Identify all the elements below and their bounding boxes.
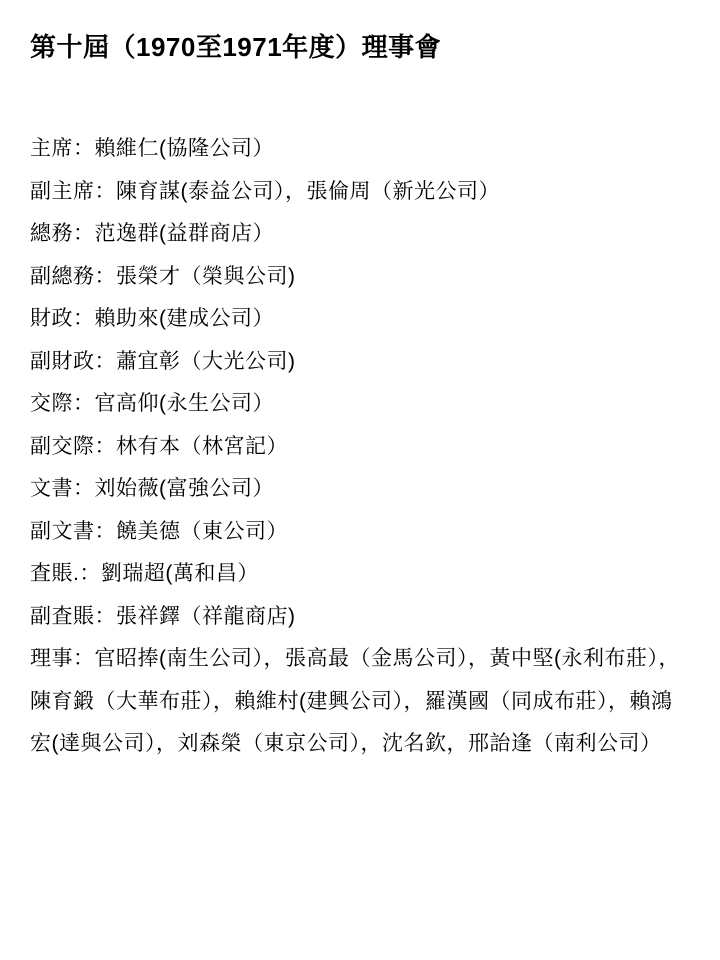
entry-deputy-general-affairs: 副總務：張榮才（榮與公司)	[30, 256, 690, 299]
page-title: 第十屆（1970至1971年度）理事會	[30, 28, 690, 66]
entry-finance: 財政：賴助來(建成公司）	[30, 298, 690, 341]
entry-vice-chairman: 副主席：陳育謀(泰益公司），張倫周（新光公司）	[30, 171, 690, 214]
entry-chairman: 主席：賴維仁(協隆公司）	[30, 128, 690, 171]
entry-secretary: 文書：刘始薇(富強公司）	[30, 468, 690, 511]
entry-deputy-liaison: 副交際：林有本（林宮記）	[30, 426, 690, 469]
entry-deputy-auditor: 副査賬：張祥鐸（祥龍商店)	[30, 596, 690, 639]
entry-auditor: 査賬.：劉瑞超(萬和昌）	[30, 553, 690, 596]
entry-directors: 理事：官昭捧(南生公司），張高最（金馬公司），黃中堅(永利布莊），陳育鍛（大華布…	[30, 638, 690, 766]
entry-deputy-secretary: 副文書：饒美德（東公司）	[30, 511, 690, 554]
entry-liaison: 交際：官高仰(永生公司）	[30, 383, 690, 426]
document-page: 第十屆（1970至1971年度）理事會 主席：賴維仁(協隆公司） 副主席：陳育謀…	[0, 0, 720, 960]
entry-general-affairs: 總務：范逸群(益群商店）	[30, 213, 690, 256]
entry-deputy-finance: 副財政：蕭宜彰（大光公司)	[30, 341, 690, 384]
committee-list: 主席：賴維仁(協隆公司） 副主席：陳育謀(泰益公司），張倫周（新光公司） 總務：…	[30, 128, 690, 766]
